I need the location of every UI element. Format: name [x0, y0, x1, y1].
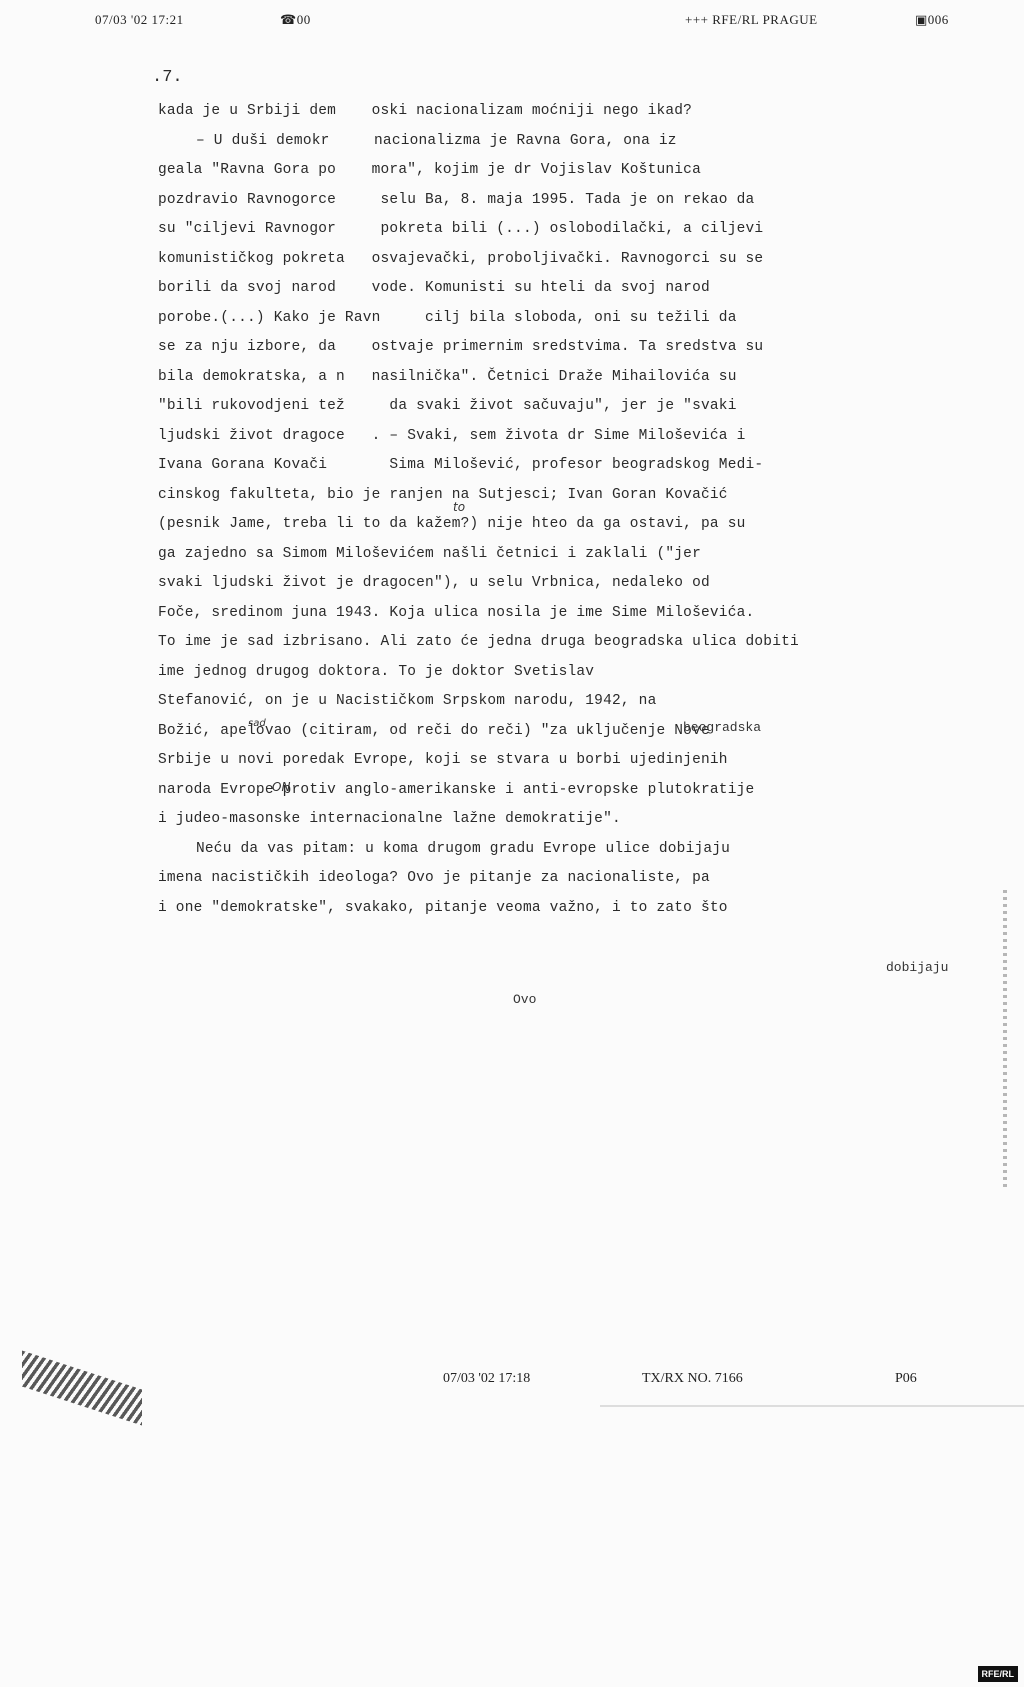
- text-line: geala "Ravna Gora po mora", kojim je dr …: [158, 156, 1018, 186]
- text-line: su "ciljevi Ravnogor pokreta bili (...) …: [158, 215, 1018, 245]
- text-line: i judeo-masonske internacionalne lažne d…: [158, 805, 1018, 835]
- text-line: ga zajedno sa Simom Miloševićem našli če…: [158, 540, 1018, 570]
- handwritten-annotation-beogradska: beogradska: [683, 720, 761, 735]
- fax-smudge-mark: [22, 1351, 142, 1426]
- fax-header-route: +++ RFE/RL PRAGUE: [685, 12, 818, 28]
- fax-transmission-header: 07/03 '02 17:21 ☎00 +++ RFE/RL PRAGUE ▣0…: [0, 12, 1024, 32]
- text-line: se za nju izbore, da ostvaje primernim s…: [158, 333, 1018, 363]
- handwritten-annotation-on: ON: [272, 780, 290, 794]
- handwritten-annotation-sad: sad: [248, 718, 266, 729]
- text-line: Srbije u novi poredak Evrope, koji se st…: [158, 746, 1018, 776]
- text-line: Stefanović, on je u Nacističkom Srpskom …: [158, 687, 1018, 717]
- text-line: ljudski život dragoce . – Svaki, sem živ…: [158, 422, 1018, 452]
- text-line: "bili rukovodjeni tež da svaki život sač…: [158, 392, 1018, 422]
- footer-datetime: 07/03 '02 17:18: [443, 1371, 530, 1387]
- text-line: – U duši demokr nacionalizma je Ravna Go…: [158, 127, 1018, 157]
- handwritten-annotation-ovo: Ovo: [513, 992, 536, 1007]
- footer-txrx-number: TX/RX NO. 7166: [642, 1371, 743, 1387]
- text-line: Neću da vas pitam: u koma drugom gradu E…: [158, 835, 1018, 865]
- text-line: cinskog fakulteta, bio je ranjen na Sutj…: [158, 481, 1018, 511]
- text-line: kada je u Srbiji dem oski nacionalizam m…: [158, 97, 1018, 127]
- text-line: Foče, sredinom juna 1943. Koja ulica nos…: [158, 599, 1018, 629]
- text-line: (pesnik Jame, treba li to da kažem?) nij…: [158, 510, 1018, 540]
- text-line: svaki ljudski život je dragocen"), u sel…: [158, 569, 1018, 599]
- text-line: pozdravio Ravnogorce selu Ba, 8. maja 19…: [158, 186, 1018, 216]
- text-line: Ivana Gorana Kovači Sima Milošević, prof…: [158, 451, 1018, 481]
- scan-line-artifact: [600, 1405, 1024, 1407]
- handwritten-annotation-dobijaju: dobijaju: [886, 960, 948, 975]
- fax-header-page: ▣006: [915, 12, 949, 28]
- text-line: porobe.(...) Kako je Ravn cilj bila slob…: [158, 304, 1018, 334]
- handwritten-annotation-to: to: [453, 500, 465, 514]
- text-line: i one "demokratske", svakako, pitanje ve…: [158, 894, 1018, 924]
- footer-page: P06: [895, 1371, 917, 1387]
- text-line: imena nacističkih ideologa? Ovo je pitan…: [158, 864, 1018, 894]
- fax-edge-artifacts: [1003, 890, 1007, 1190]
- text-line: komunističkog pokreta osvajevački, probo…: [158, 245, 1018, 275]
- text-line: bila demokratska, a n nasilnička". Četni…: [158, 363, 1018, 393]
- fax-transmission-footer: 07/03 '02 17:18 TX/RX NO. 7166 P06: [0, 1371, 1024, 1391]
- text-line: To ime je sad izbrisano. Ali zato će jed…: [158, 628, 1018, 658]
- rferl-logo: RFE/RL: [978, 1666, 1019, 1682]
- text-line: Božić, apelovao (citiram, od reči do reč…: [158, 717, 1018, 747]
- typewritten-body: kada je u Srbiji dem oski nacionalizam m…: [158, 97, 1018, 923]
- text-line: ime jednog drugog doktora. To je doktor …: [158, 658, 1018, 688]
- page-number: .7.: [152, 68, 183, 87]
- fax-header-datetime: 07/03 '02 17:21: [95, 12, 184, 28]
- fax-header-line: ☎00: [280, 12, 311, 28]
- text-line: borili da svoj narod vode. Komunisti su …: [158, 274, 1018, 304]
